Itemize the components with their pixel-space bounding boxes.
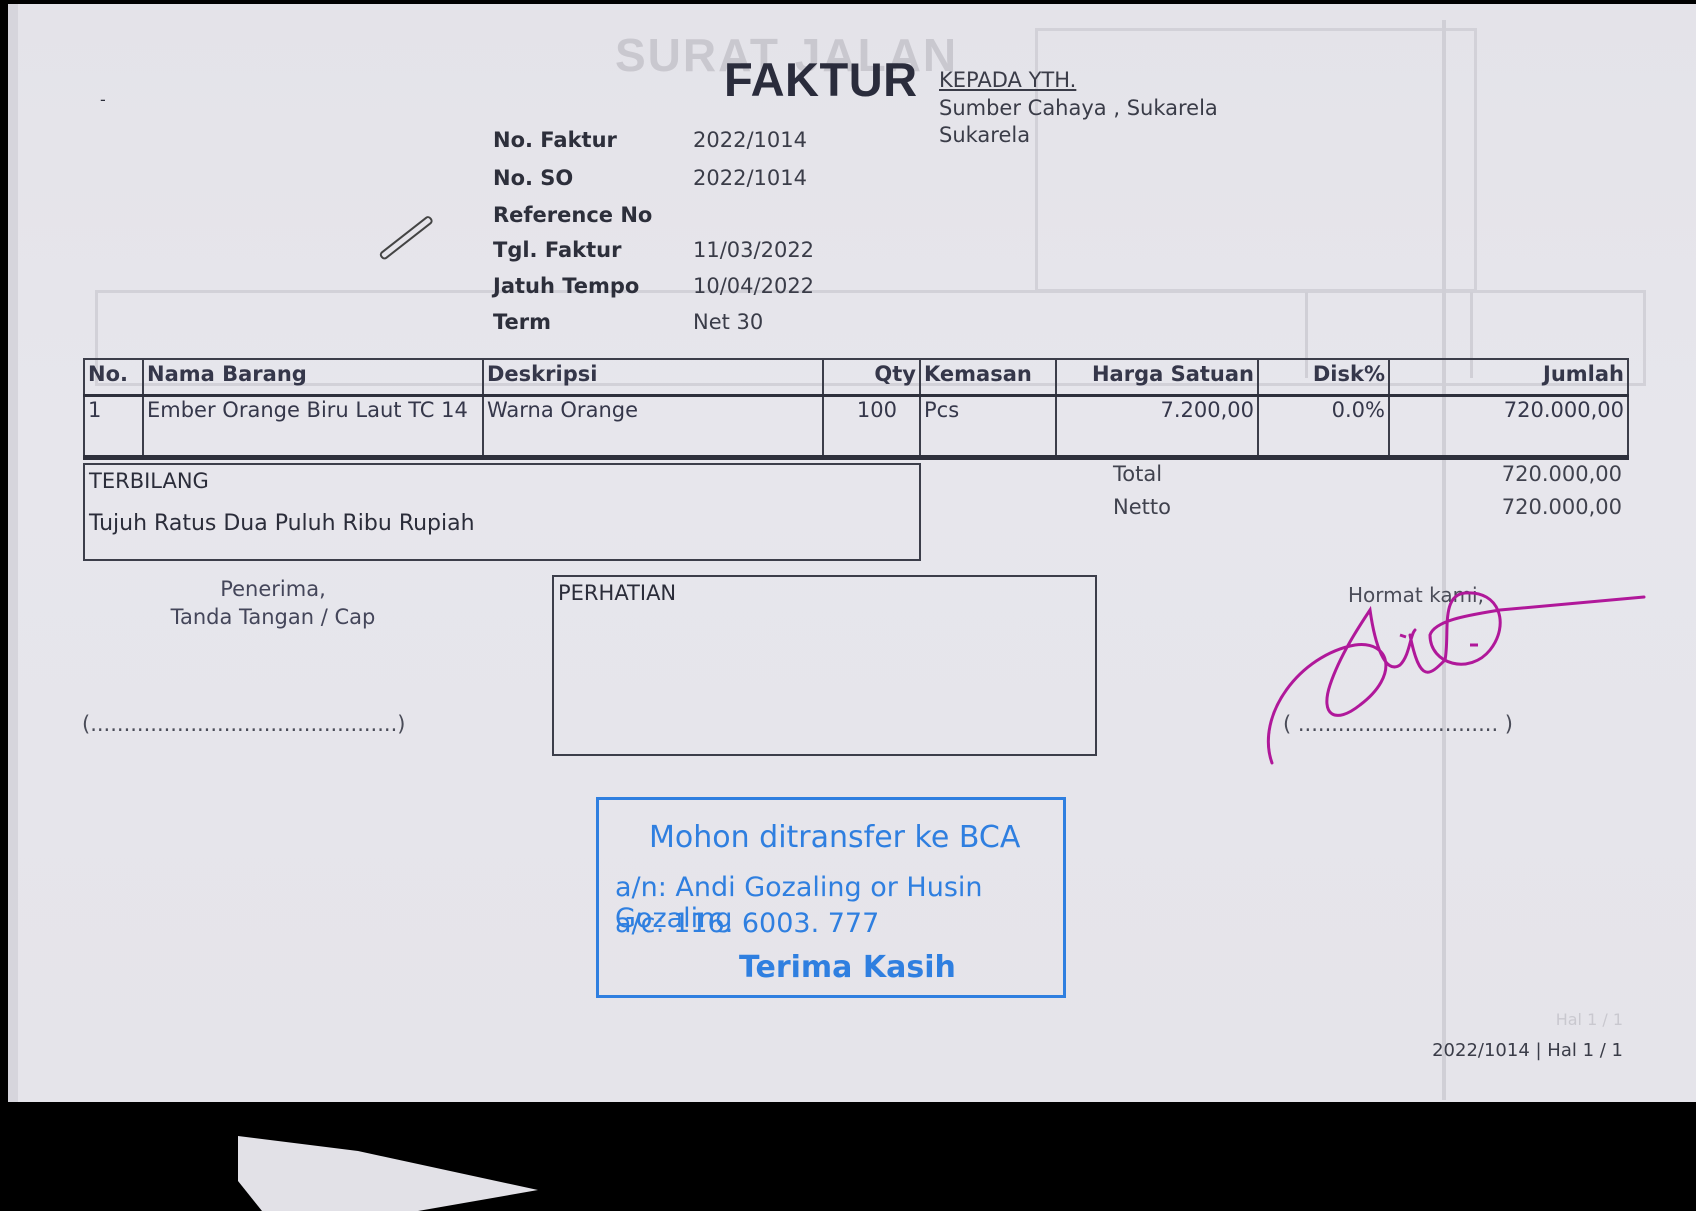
table-header-row: No. Nama Barang Deskripsi Qty Kemasan Ha…	[84, 359, 1628, 396]
terbilang-label: TERBILANG	[89, 469, 209, 493]
cell-disk: 0.0%	[1258, 396, 1389, 458]
terbilang-box: TERBILANG Tujuh Ratus Dua Puluh Ribu Rup…	[83, 463, 921, 561]
receiver-label: Penerima,	[113, 577, 433, 601]
cell-jumlah: 720.000,00	[1389, 396, 1628, 458]
ghost-address-box	[1035, 28, 1477, 292]
receiver-sublabel: Tanda Tangan / Cap	[113, 605, 433, 629]
meta-label-no-faktur: No. Faktur	[493, 128, 617, 152]
stamp-line-4: Terima Kasih	[739, 950, 956, 985]
meta-value-term: Net 30	[693, 310, 763, 334]
items-table: No. Nama Barang Deskripsi Qty Kemasan Ha…	[83, 358, 1629, 460]
meta-value-no-faktur: 2022/1014	[693, 128, 807, 152]
col-header-nama-barang: Nama Barang	[143, 359, 483, 396]
perhatian-box: PERHATIAN	[552, 575, 1097, 756]
meta-label-reference-no: Reference No	[493, 203, 652, 227]
ghost-fold-line	[1442, 20, 1446, 1100]
meta-value-jatuh-tempo: 10/04/2022	[693, 274, 814, 298]
cell-qty: 100	[823, 396, 920, 458]
cell-no: 1	[84, 396, 143, 458]
col-header-disk: Disk%	[1258, 359, 1389, 396]
recipient-heading: KEPADA YTH.	[939, 68, 1076, 92]
stamp-line-1: Mohon ditransfer ke BCA	[649, 820, 1020, 855]
bank-transfer-stamp: Mohon ditransfer ke BCA a/n: Andi Gozali…	[596, 797, 1066, 998]
paper-scrap	[238, 1136, 538, 1211]
col-header-harga-satuan: Harga Satuan	[1056, 359, 1258, 396]
netto-label: Netto	[1113, 495, 1171, 519]
col-header-qty: Qty	[823, 359, 920, 396]
receiver-signature-line: (.......................................…	[82, 712, 405, 736]
table-row: 1 Ember Orange Biru Laut TC 14 Warna Ora…	[84, 396, 1628, 458]
recipient-line: Sukarela	[939, 123, 1030, 147]
col-header-deskripsi: Deskripsi	[483, 359, 823, 396]
total-label: Total	[1113, 462, 1162, 486]
col-header-jumlah: Jumlah	[1389, 359, 1628, 396]
meta-value-tgl-faktur: 11/03/2022	[693, 238, 814, 262]
meta-label-no-so: No. SO	[493, 166, 573, 190]
recipient-line: Sumber Cahaya , Sukarela	[939, 96, 1218, 120]
terbilang-value: Tujuh Ratus Dua Puluh Ribu Rupiah	[89, 511, 475, 536]
signature-mark	[1260, 585, 1660, 775]
meta-value-no-so: 2022/1014	[693, 166, 807, 190]
meta-label-jatuh-tempo: Jatuh Tempo	[493, 274, 639, 298]
page-reference: 2022/1014 | Hal 1 / 1	[1432, 1040, 1623, 1061]
cell-kemasan: Pcs	[920, 396, 1056, 458]
perhatian-label: PERHATIAN	[558, 581, 676, 605]
cell-nama-barang: Ember Orange Biru Laut TC 14	[143, 396, 483, 458]
cell-harga-satuan: 7.200,00	[1056, 396, 1258, 458]
total-value: 720.000,00	[1502, 462, 1622, 486]
meta-label-tgl-faktur: Tgl. Faktur	[493, 238, 621, 262]
netto-value: 720.000,00	[1502, 495, 1622, 519]
col-header-kemasan: Kemasan	[920, 359, 1056, 396]
stamp-line-3: a/c: 116. 6003. 777	[615, 908, 879, 939]
document-title: FAKTUR	[724, 52, 918, 107]
cell-deskripsi: Warna Orange	[483, 396, 823, 458]
speck-mark: -	[100, 90, 106, 109]
col-header-no: No.	[84, 359, 143, 396]
ghost-page-ref: Hal 1 / 1	[1556, 1010, 1623, 1029]
meta-label-term: Term	[493, 310, 551, 334]
